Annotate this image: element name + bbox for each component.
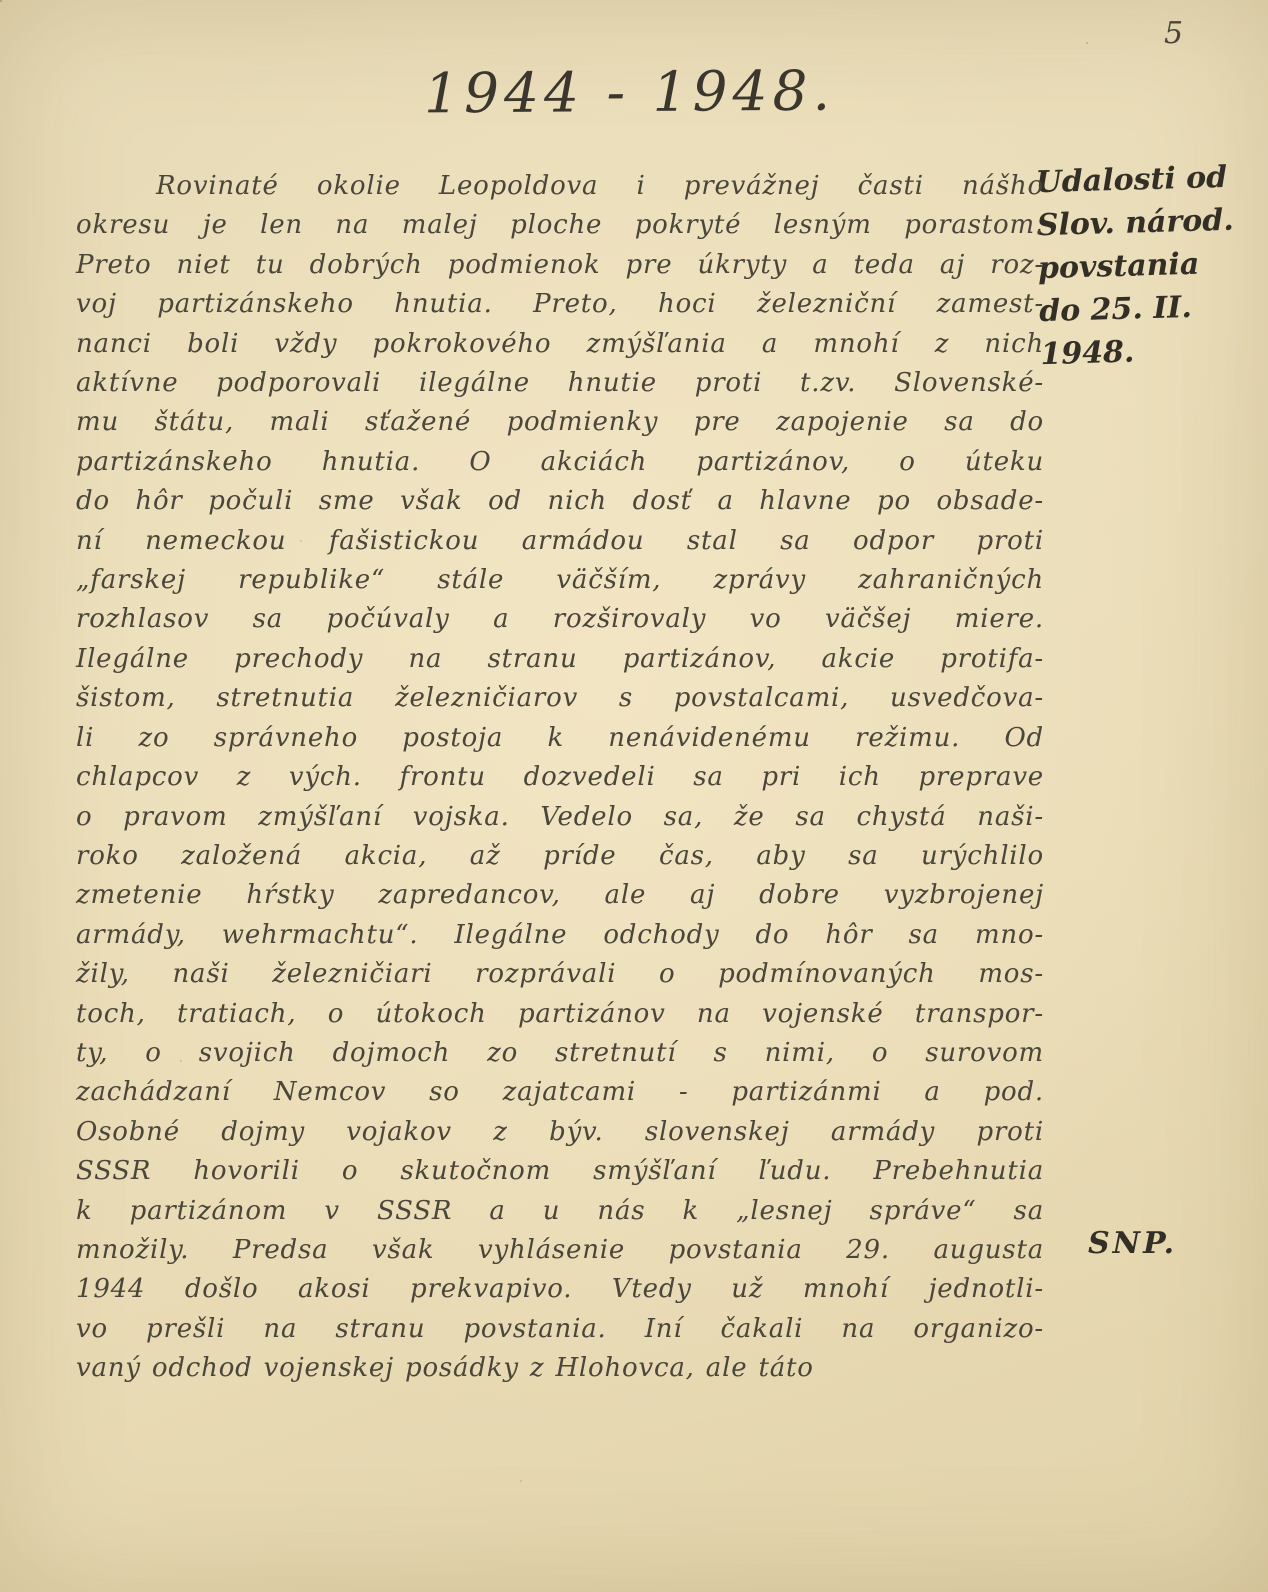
page-title: 1944 - 1948. xyxy=(424,59,835,126)
text-line: žily, naši železničiari rozprávali o pod… xyxy=(76,955,1044,994)
text-line: Osobné dojmy vojakov z býv. slovenskej a… xyxy=(76,1113,1044,1152)
text-line: zmetenie hŕstky zapredancov, ale aj dobr… xyxy=(76,876,1044,915)
text-line: toch, tratiach, o útokoch partizánov na … xyxy=(76,995,1044,1034)
text-line: ty, o svojich dojmoch zo stretnutí s nim… xyxy=(76,1034,1044,1073)
text-line: do hôr počuli sme však od nich dosť a hl… xyxy=(76,482,1044,521)
text-line: vaný odchod vojenskej posádky z Hlohovca… xyxy=(76,1349,1044,1388)
text-line: mu štátu, mali sťažené podmienky pre zap… xyxy=(76,403,1044,442)
text-line: rozhlasov sa počúvaly a rozširovaly vo v… xyxy=(76,600,1044,639)
text-line: k partizánom v SSSR a u nás k „lesnej sp… xyxy=(76,1192,1044,1231)
chronicle-page: 5 1944 - 1948. Udalosti od Slov. národ. … xyxy=(0,0,1268,1592)
margin-note-line: povstania xyxy=(1037,241,1266,290)
page-number: 5 xyxy=(1164,16,1184,51)
text-line: 1944 došlo akosi prekvapivo. Vtedy už mn… xyxy=(76,1270,1044,1309)
margin-note-snp: SNP. xyxy=(1088,1226,1177,1261)
text-line: zachádzaní Nemcov so zajatcami - partizá… xyxy=(76,1073,1044,1112)
text-line: o pravom zmýšľaní vojska. Vedelo sa, že … xyxy=(76,798,1044,837)
margin-note-events: Udalosti od Slov. národ. povstania do 25… xyxy=(1035,155,1268,376)
margin-note-line: do 25. II. 1948. xyxy=(1039,284,1268,376)
text-line: Rovinaté okolie Leopoldova i prevážnej č… xyxy=(76,167,1044,206)
text-line: voj partizánskeho hnutia. Preto, hoci že… xyxy=(76,285,1044,324)
text-line: li zo správneho postoja k nenávidenému r… xyxy=(76,719,1044,758)
handwritten-text-block: Rovinaté okolie Leopoldova i prevážnej č… xyxy=(76,167,1044,1389)
text-line: nanci boli vždy pokrokového zmýšľania a … xyxy=(76,325,1044,364)
text-line: Ilegálne prechody na stranu partizánov, … xyxy=(76,640,1044,679)
text-line: vo prešli na stranu povstania. Iní čakal… xyxy=(76,1310,1044,1349)
text-line: chlapcov z vých. frontu dozvedeli sa pri… xyxy=(76,758,1044,797)
text-line: Preto niet tu dobrých podmienok pre úkry… xyxy=(76,246,1044,285)
text-line: armády, wehrmachtu“. Ilegálne odchody do… xyxy=(76,916,1044,955)
text-line: „farskej republike“ stále väčším, zprávy… xyxy=(76,561,1044,600)
margin-note-line: Udalosti od xyxy=(1035,155,1264,204)
text-line: šistom, stretnutia železničiarov s povst… xyxy=(76,679,1044,718)
text-line: okresu je len na malej ploche pokryté le… xyxy=(76,206,1044,245)
text-line: roko založená akcia, až príde čas, aby s… xyxy=(76,837,1044,876)
text-line: aktívne podporovali ilegálne hnutie prot… xyxy=(76,364,1044,403)
text-line: partizánskeho hnutia. O akciách partizán… xyxy=(76,443,1044,482)
text-line: ní nemeckou fašistickou armádou stal sa … xyxy=(76,522,1044,561)
text-line: SSSR hovorili o skutočnom smýšľaní ľudu.… xyxy=(76,1152,1044,1191)
margin-note-line: Slov. národ. xyxy=(1036,198,1265,247)
text-line: množily. Predsa však vyhlásenie povstani… xyxy=(76,1231,1044,1270)
